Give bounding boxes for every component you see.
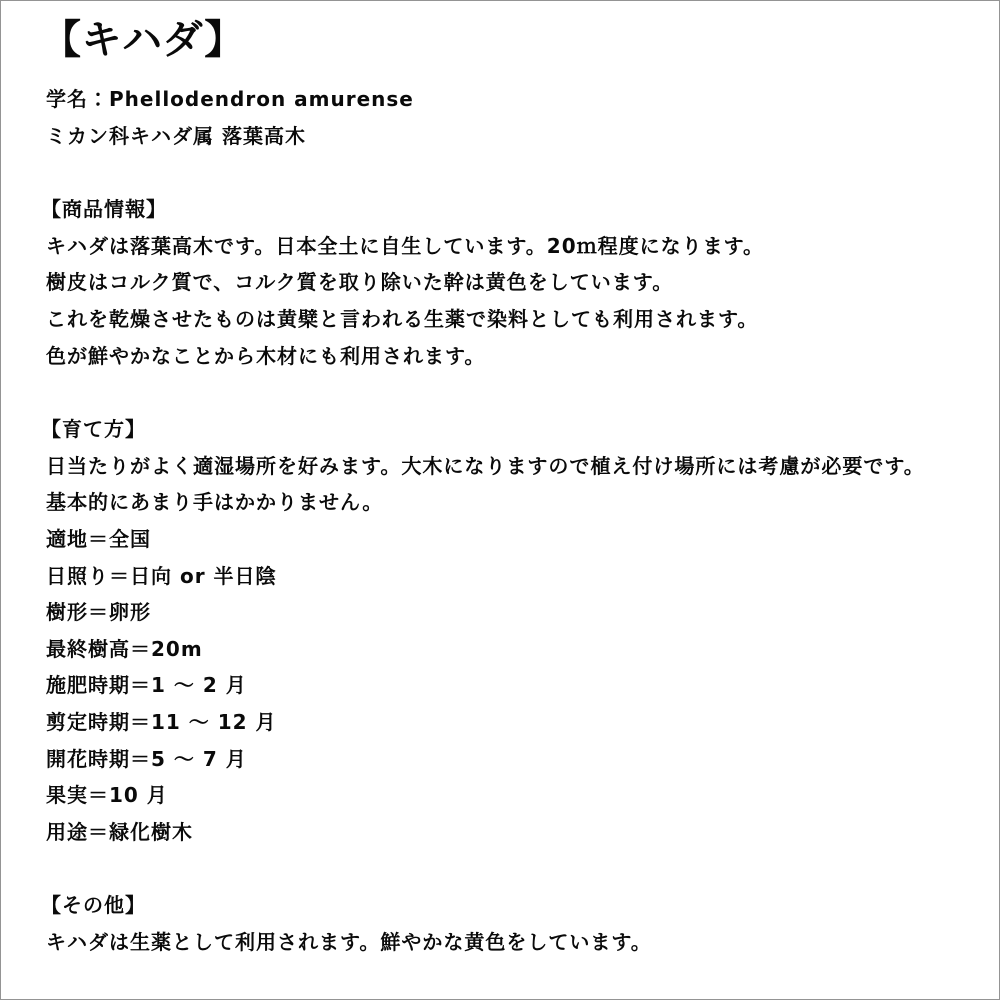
scientific-name-line: 学名：Phellodendron amurense (41, 81, 981, 118)
care-line: 適地＝全国 (41, 521, 981, 558)
care-line: 開花時期＝5 ～ 7 月 (41, 741, 981, 778)
care-heading: 【育て方】 (41, 411, 981, 448)
product-info-line: キハダは落葉高木です。日本全土に自生しています。20ｍ程度になります。 (41, 228, 981, 265)
product-info-line: 樹皮はコルク質で、コルク質を取り除いた幹は黄色をしています。 (41, 264, 981, 301)
care-line: 日照り＝日向 or 半日陰 (41, 558, 981, 595)
section-care: 【育て方】 日当たりがよく適湿場所を好みます。大木になりますので植え付け場所には… (41, 411, 981, 851)
product-info-line: 色が鮮やかなことから木材にも利用されます。 (41, 338, 981, 375)
product-description-page: 【キハダ】 学名：Phellodendron amurense ミカン科キハダ属… (0, 0, 1000, 1000)
product-info-heading: 【商品情報】 (41, 191, 981, 228)
care-line: 用途＝緑化樹木 (41, 814, 981, 851)
care-line: 剪定時期＝11 ～ 12 月 (41, 704, 981, 741)
other-line: キハダは生薬として利用されます。鮮やかな黄色をしています。 (41, 924, 981, 961)
care-line: 樹形＝卵形 (41, 594, 981, 631)
page-title: 【キハダ】 (41, 15, 981, 65)
care-line: 日当たりがよく適湿場所を好みます。大木になりますので植え付け場所には考慮が必要で… (41, 448, 981, 485)
care-line: 基本的にあまり手はかかりません。 (41, 484, 981, 521)
family-line: ミカン科キハダ属 落葉高木 (41, 118, 981, 155)
section-product-info: 【商品情報】 キハダは落葉高木です。日本全土に自生しています。20ｍ程度になりま… (41, 191, 981, 374)
care-line: 果実＝10 月 (41, 777, 981, 814)
product-info-line: これを乾燥させたものは黄檗と言われる生薬で染料としても利用されます。 (41, 301, 981, 338)
section-other: 【その他】 キハダは生薬として利用されます。鮮やかな黄色をしています。 (41, 887, 981, 960)
care-line: 最終樹高＝20m (41, 631, 981, 668)
care-line: 施肥時期＝1 ～ 2 月 (41, 667, 981, 704)
other-heading: 【その他】 (41, 887, 981, 924)
